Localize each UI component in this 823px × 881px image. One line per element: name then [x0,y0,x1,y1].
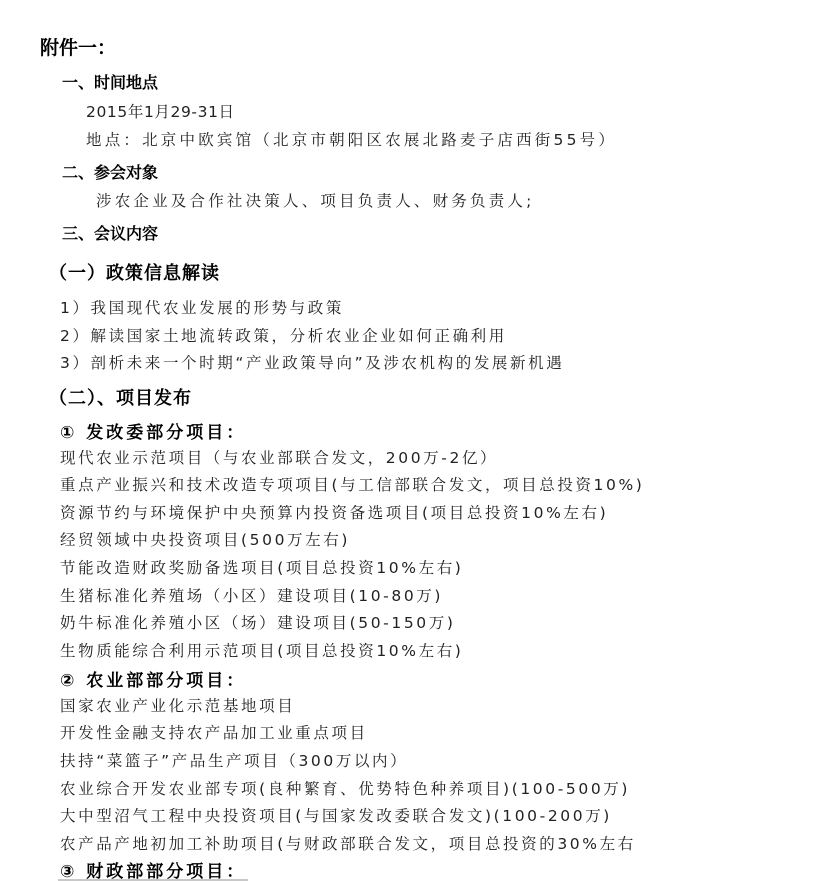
ndrc-projects-heading: ① 发改委部分项目： [60,418,246,443]
project-item: 开发性金融支持农产品加工业重点项目 [60,721,368,743]
meeting-location: 地点：北京中欧宾馆（北京市朝阳区农展北路麦子店西街55号） [86,128,617,150]
project-item: 生猪标准化养殖场（小区）建设项目(10-80万) [60,584,443,606]
project-item: 现代农业示范项目（与农业部联合发文，200万-2亿） [60,446,498,468]
project-item: 农产品产地初加工补助项目(与财政部联合发文，项目总投资的30%左右 [60,832,636,854]
section-content-heading: 三、会议内容 [62,221,158,244]
agriculture-ministry-projects-heading: ② 农业部部分项目： [60,666,246,691]
section-time-location-heading: 一、时间地点 [62,70,158,93]
meeting-date: 2015年1月29-31日 [86,100,235,122]
project-item: 经贸领域中央投资项目(500万左右) [60,528,350,550]
project-item: 扶持“菜篮子”产品生产项目（300万以内） [60,749,408,771]
project-item: 重点产业振兴和技术改造专项项目(与工信部联合发文，项目总投资10%) [60,473,644,495]
policy-interpretation-heading: （一）政策信息解读 [49,259,220,285]
project-release-heading: （二）、项目发布 [49,384,192,410]
policy-item: 3）剖析未来一个时期“产业政策导向”及涉农机构的发展新机遇 [60,351,564,373]
project-item: 资源节约与环境保护中央预算内投资备选项目(项目总投资10%左右) [60,501,608,523]
section-attendees-heading: 二、参会对象 [62,160,158,183]
project-item: 农业综合开发农业部专项(良种繁育、优势特色种养项目)(100-500万) [60,777,630,799]
policy-item: 2）解读国家土地流转政策，分析农业企业如何正确利用 [60,324,507,346]
project-item: 生物质能综合利用示范项目(项目总投资10%左右) [60,639,463,661]
project-item: 大中型沼气工程中央投资项目(与国家发改委联合发文)(100-200万) [60,804,612,826]
policy-item: 1）我国现代农业发展的形势与政策 [60,296,344,318]
finance-ministry-projects-heading: ③ 财政部部分项目： [60,857,246,881]
project-item: 奶牛标准化养殖小区（场）建设项目(50-150万) [60,611,456,633]
document-title: 附件一： [40,33,116,60]
project-item: 国家农业产业化示范基地项目 [60,694,295,716]
attendees-text: 涉农企业及合作社决策人、项目负责人、财务负责人; [96,189,535,211]
project-item: 节能改造财政奖励备选项目(项目总投资10%左右) [60,556,463,578]
